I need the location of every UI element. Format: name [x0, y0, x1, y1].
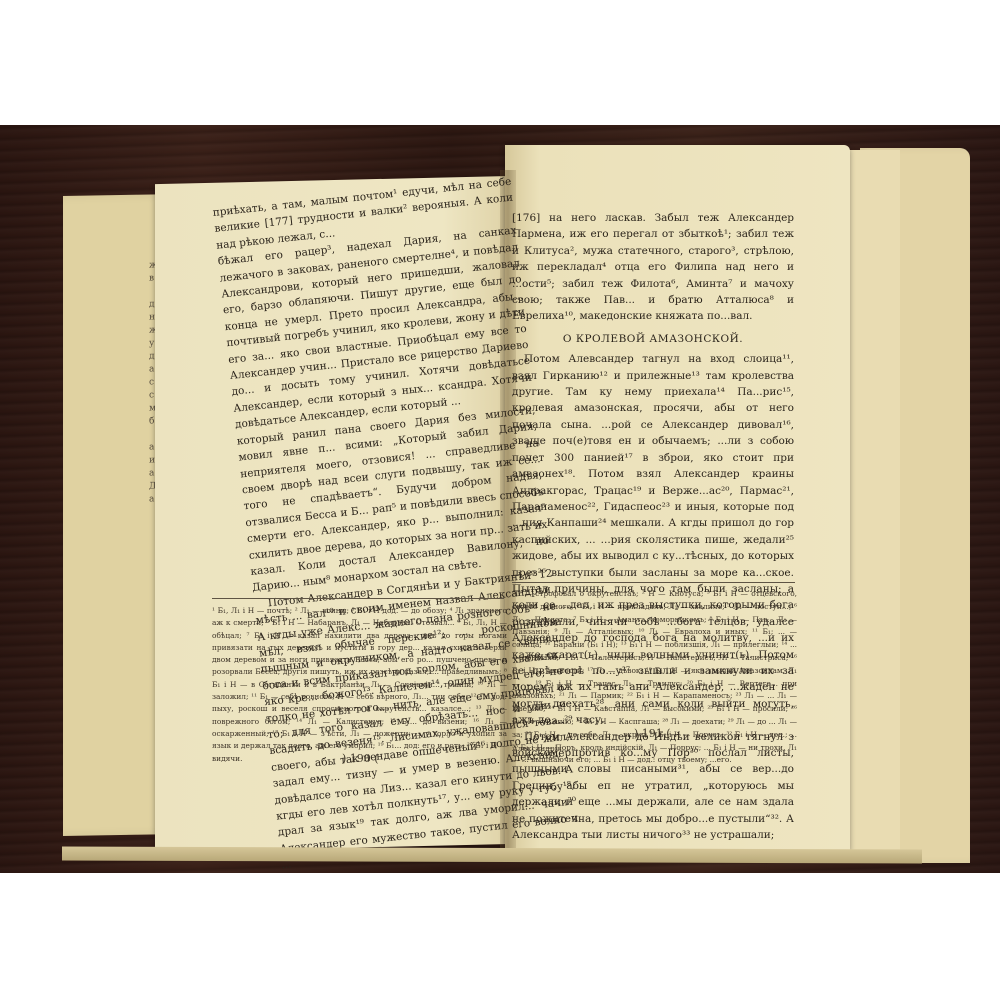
page-marker: [176]: [512, 212, 540, 224]
catchword: Александрія.: [512, 744, 564, 753]
left-paragraph-3: который ранил пана своего Дария без мило…: [236, 402, 552, 597]
left-page-footnotes: ¹ Б₁, Л₁ і Н — почтѣ; ² Л₁ — воины; ³ Б₁…: [212, 605, 507, 765]
left-paragraph-2: бѣжал его рацер³, надехал Дария, на санк…: [217, 223, 534, 434]
right-page-footnotes: Л₁ — строфовал о окрутенстаѣ; ² Н — Кнот…: [512, 588, 797, 767]
book-bottom-edge: [62, 846, 922, 863]
footnote-divider: [512, 582, 795, 583]
right-paragraph-top-text: на него ласкав. Забыл теж Александер Пар…: [512, 212, 794, 322]
page-number-left: ) 190 (: [342, 752, 379, 765]
page-number-right: ) 191 (: [634, 727, 671, 740]
right-paragraph-top: [176] на него ласкав. Забыл теж Александ…: [512, 210, 794, 325]
chapter-heading: О КРОЛЕВОЙ АМАЗОНСКОЙ.: [512, 331, 794, 347]
footnote-divider: [212, 598, 504, 599]
